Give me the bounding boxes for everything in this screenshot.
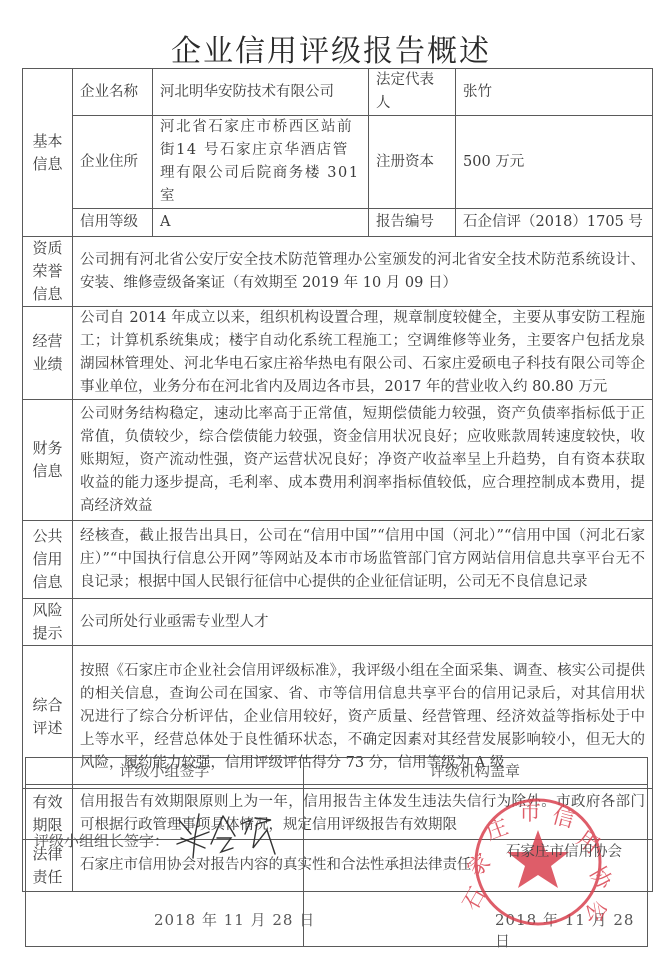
section-label-public-credit: 公共信用信息 (23, 521, 73, 599)
risk-text: 公司所处行业亟需专业型人才 (73, 599, 653, 646)
address-value: 河北省石家庄市桥西区站前街14 号石家庄京华酒店管理有限公司后院商务楼 301 … (153, 116, 369, 209)
svg-text:会: 会 (581, 899, 609, 925)
section-label-performance: 经营业绩 (23, 307, 73, 400)
official-seal-stamp-icon: 石 家 庄 市 信 用 协 会 (445, 790, 635, 940)
org-name-text: 石家庄市信用协会 (506, 840, 622, 861)
svg-text:信: 信 (549, 804, 577, 834)
company-name-label: 企业名称 (73, 69, 153, 116)
qualification-text: 公司拥有河北省公安厅安全技术防范管理办公室颁发的河北省安全技术防范系统设计、安装… (73, 237, 653, 307)
table-row-risk: 风险提示 公司所处行业亟需专业型人才 (23, 599, 653, 646)
legal-rep-label: 法定代表人 (369, 69, 456, 116)
section-label-qualification: 资质荣誉信息 (23, 237, 73, 307)
financial-text: 公司财务结构稳定，速动比率高于正常值，短期偿债能力较强，资产负债率指标低于正常值… (73, 400, 653, 521)
svg-text:协: 协 (584, 863, 617, 895)
table-row-public-credit: 公共信用信息 经核查，截止报告出具日，公司在“信用中国”“信用中国（河北）”“信… (23, 521, 653, 599)
company-name-value: 河北明华安防技术有限公司 (153, 69, 369, 116)
report-no-label: 报告编号 (369, 209, 456, 237)
svg-text:市: 市 (519, 801, 541, 826)
report-no-value: 石企信评（2018）1705 号 (456, 209, 653, 237)
leader-signature-label: 评级小组组长签字： (34, 830, 169, 851)
performance-text: 公司自 2014 年成立以来，组织机构设置合理，规章制度较健全，主要从事安防工程… (73, 307, 653, 400)
handwritten-signature-icon (171, 808, 281, 868)
svg-text:家: 家 (463, 849, 496, 882)
section-label-risk: 风险提示 (23, 599, 73, 646)
team-signature-header: 评级小组签字 (26, 758, 303, 785)
table-row-performance: 经营业绩 公司自 2014 年成立以来，组织机构设置合理，规章制度较健全，主要从… (23, 307, 653, 400)
credit-grade-value: A (153, 209, 369, 237)
section-label-basic-info: 基本信息 (23, 69, 73, 237)
registered-capital-label: 注册资本 (369, 116, 456, 209)
table-row-financial: 财务信息 公司财务结构稳定，速动比率高于正常值，短期偿债能力较强，资产负债率指标… (23, 400, 653, 521)
table-row-company-name: 基本信息 企业名称 河北明华安防技术有限公司 法定代表人 张竹 (23, 69, 653, 116)
public-credit-text: 经核查，截止报告出具日，公司在“信用中国”“信用中国（河北）”“信用中国（河北石… (73, 521, 653, 599)
org-seal-header: 评级机构盖章 (303, 758, 647, 785)
table-row-address: 企业住所 河北省石家庄市桥西区站前街14 号石家庄京华酒店管理有限公司后院商务楼… (23, 116, 653, 209)
registered-capital-value: 500 万元 (456, 116, 653, 209)
credit-grade-label: 信用等级 (73, 209, 153, 237)
svg-text:石: 石 (459, 883, 492, 915)
table-row-qualification: 资质荣誉信息 公司拥有河北省公安厅安全技术防范管理办公室颁发的河北省安全技术防范… (23, 237, 653, 307)
legal-rep-value: 张竹 (456, 69, 653, 116)
address-label: 企业住所 (73, 116, 153, 209)
team-signature-date: 2018 年 11 月 28 日 (154, 909, 315, 930)
page-title: 企业信用评级报告概述 (0, 26, 662, 70)
table-row-credit-grade: 信用等级 A 报告编号 石企信评（2018）1705 号 (23, 209, 653, 237)
section-label-financial: 财务信息 (23, 400, 73, 521)
